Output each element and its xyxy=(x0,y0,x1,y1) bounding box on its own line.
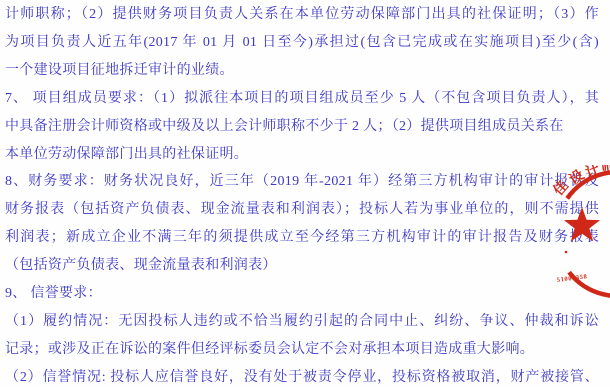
text-line: 记录；或涉及正在诉讼的案件但经评标委员会认定不会对承担本项目造成重大影响。 xyxy=(5,336,599,364)
document-text-block: 计师职称；（2）提供财务项目负责人关系在本单位劳动保障部门出具的社保证明；（3）… xyxy=(5,1,599,387)
text-line: 为项目负责人近五年(2017 年 01 月 01 日至今)承担过(包含已完成或在… xyxy=(5,29,599,57)
text-line: （2）信誉情况: 投标人应信誉良好，没有处于被责令停业，投标资格被取消，财产被接… xyxy=(5,364,599,387)
text-line: 中具备注册会计师资格或中级及以上会计师职称不少于 2 人；（2）提供项目组成员关… xyxy=(5,113,599,141)
text-line: 利润表；新成立企业不满三年的须提供成立至今经第三方机构审计的审计报告及财务报表 xyxy=(5,224,599,252)
text-line: 一个建设项目征地拆迁审计的业绩。 xyxy=(5,57,599,85)
text-line: 9、 信誉要求： xyxy=(5,280,599,308)
text-line: 财务报表（包括资产负债表、现金流量表和利润表）；投标人若为事业单位的，则不需提供 xyxy=(5,196,599,224)
seal-arc-char: 师 xyxy=(600,165,610,177)
text-line: 本单位劳动保障部门出具的社保证明。 xyxy=(5,141,599,169)
text-line: （包括资产负债表、现金流量表和利润表） xyxy=(5,252,599,280)
text-line: 计师职称；（2）提供财务项目负责人关系在本单位劳动保障部门出具的社保证明；（3）… xyxy=(5,1,599,29)
text-line: 8、财务要求：财务状况良好，近三年（2019 年-2021 年）经第三方机构审计… xyxy=(5,168,599,196)
text-line: （1）履约情况：无因投标人违约或不恰当履约引起的合同中止、纠纷、争议、仲裁和诉讼 xyxy=(5,308,599,336)
text-line: 7、 项目组成员要求：（1）拟派往本项目的项目组成员至少 5 人（不包含项目负责… xyxy=(5,85,599,113)
